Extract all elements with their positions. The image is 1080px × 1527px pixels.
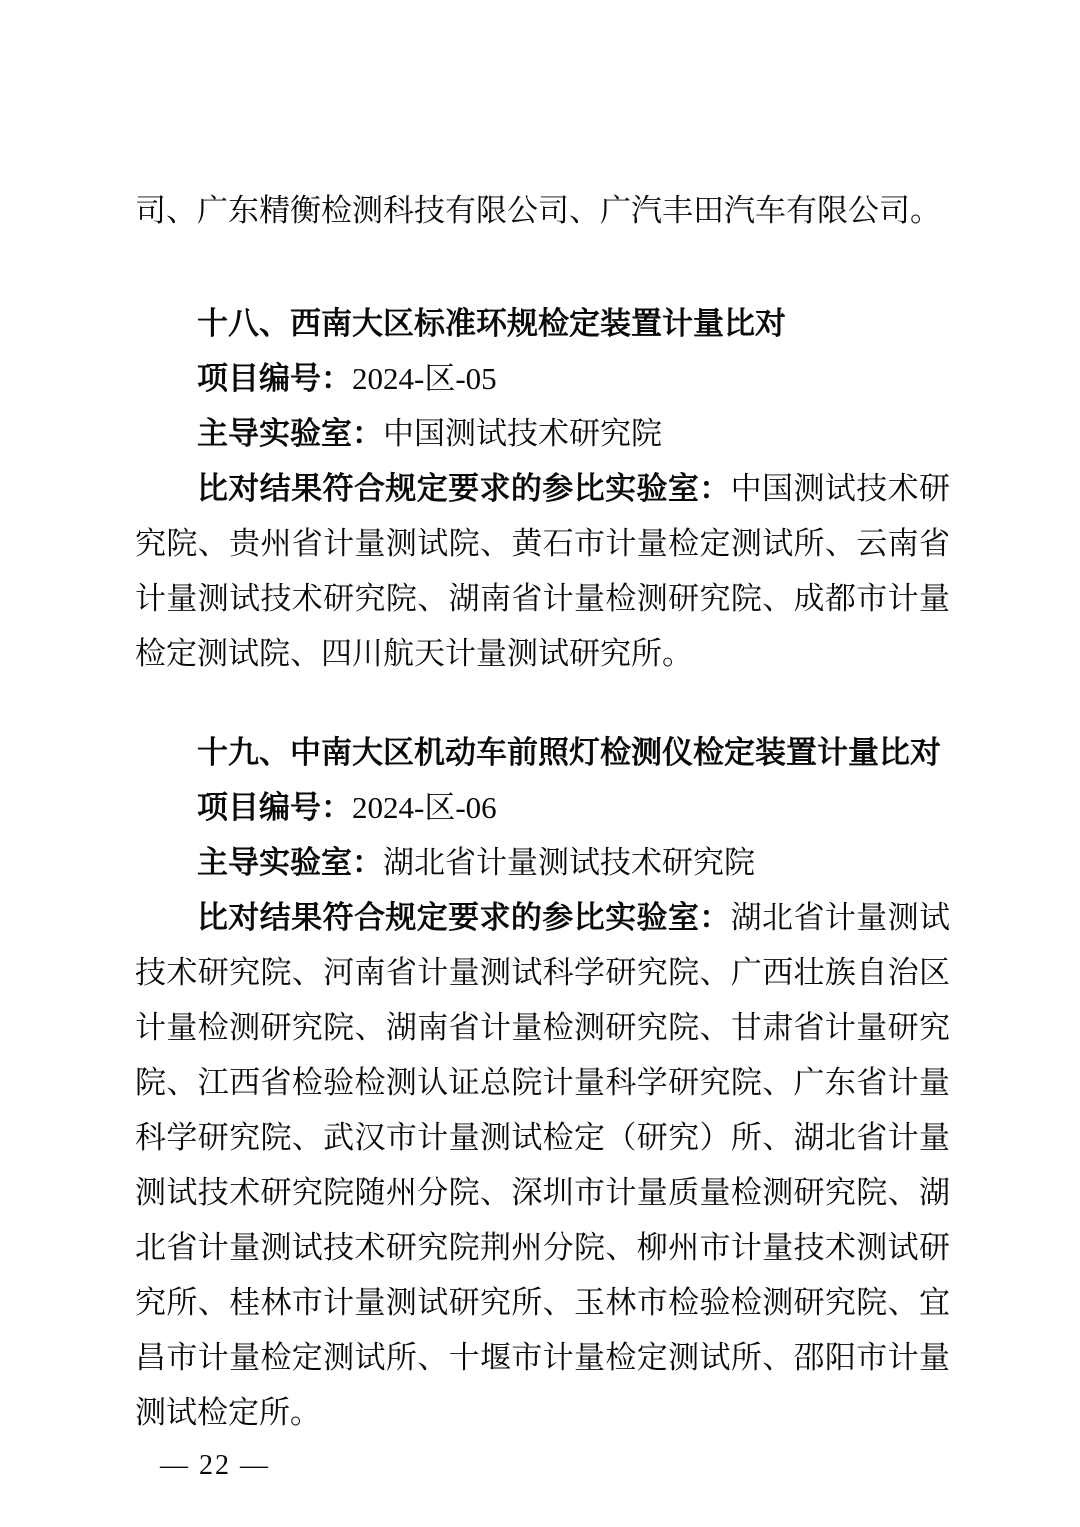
section-19-heading: 十九、中南大区机动车前照灯检测仪检定装置计量比对: [135, 725, 950, 780]
section-18-lead-line: 主导实验室：中国测试技术研究院: [135, 406, 950, 461]
section-18-project-line: 项目编号：2024-区-05: [135, 351, 950, 406]
section-19: 十九、中南大区机动车前照灯检测仪检定装置计量比对 项目编号：2024-区-06 …: [135, 725, 950, 1440]
page-number: — 22 —: [160, 1442, 950, 1490]
section-18-heading: 十八、西南大区标准环规检定装置计量比对: [135, 296, 950, 351]
continuation-paragraph: 司、广东精衡检测科技有限公司、广汽丰田汽车有限公司。: [135, 183, 950, 238]
section-19-lead-lab: 湖北省计量测试技术研究院: [383, 845, 755, 880]
section-18-lead-lab: 中国测试技术研究院: [383, 416, 662, 451]
section-19-result-labs: 湖北省计量测试技术研究院、河南省计量测试科学研究院、广西壮族自治区计量检测研究院…: [135, 900, 950, 1430]
section-18-project-label: 项目编号：: [197, 361, 352, 396]
section-18-lead-label: 主导实验室：: [197, 416, 383, 451]
document-page: 司、广东精衡检测科技有限公司、广汽丰田汽车有限公司。 十八、西南大区标准环规检定…: [0, 0, 1080, 1527]
section-19-lead-label: 主导实验室：: [197, 845, 383, 880]
section-18: 十八、西南大区标准环规检定装置计量比对 项目编号：2024-区-05 主导实验室…: [135, 296, 950, 681]
continuation-text: 司、广东精衡检测科技有限公司、广汽丰田汽车有限公司。: [135, 193, 941, 228]
section-19-project-number: 2024-区-06: [352, 790, 497, 825]
section-19-project-label: 项目编号：: [197, 790, 352, 825]
section-19-lead-line: 主导实验室：湖北省计量测试技术研究院: [135, 835, 950, 890]
section-19-result-paragraph: 比对结果符合规定要求的参比实验室：湖北省计量测试技术研究院、河南省计量测试科学研…: [135, 890, 950, 1440]
document-content: 司、广东精衡检测科技有限公司、广汽丰田汽车有限公司。 十八、西南大区标准环规检定…: [135, 183, 950, 1490]
section-18-result-paragraph: 比对结果符合规定要求的参比实验室：中国测试技术研究院、贵州省计量测试院、黄石市计…: [135, 461, 950, 681]
section-18-result-label: 比对结果符合规定要求的参比实验室：: [197, 471, 731, 506]
section-19-result-label: 比对结果符合规定要求的参比实验室：: [197, 900, 731, 935]
section-19-project-line: 项目编号：2024-区-06: [135, 780, 950, 835]
section-18-project-number: 2024-区-05: [352, 361, 497, 396]
